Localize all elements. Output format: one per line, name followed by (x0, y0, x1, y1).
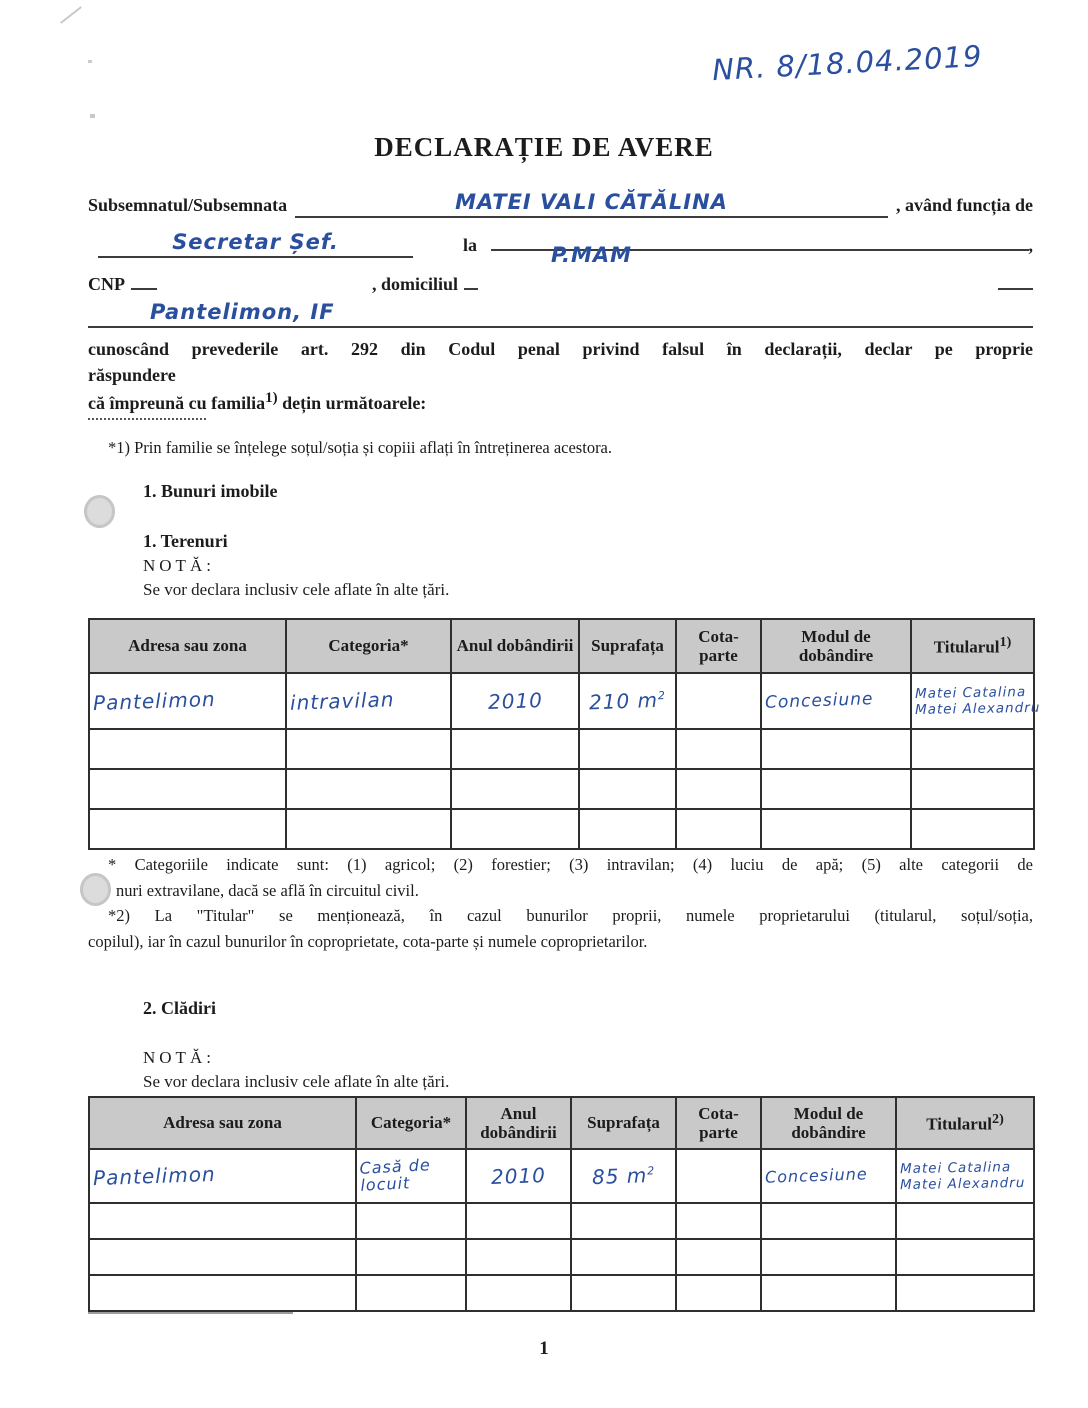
scan-artifact-mark (90, 114, 95, 118)
empty-cell (911, 729, 1034, 769)
empty-cell (896, 1203, 1034, 1239)
suprafata-value: 85 m2 (591, 1163, 655, 1189)
footnote-titular-line-1: *2) La "Titular" se menționează, în cazu… (88, 903, 1033, 929)
empty-table-row (89, 729, 1034, 769)
cell-suprafata: 210 m2 (579, 673, 676, 729)
col-header-modul: Modul de dobândire (761, 1097, 896, 1149)
empty-table-row (89, 809, 1034, 849)
adresa-value: Pantelimon (93, 1162, 216, 1190)
empty-cell (676, 1203, 761, 1239)
scan-artifact-mark (60, 6, 82, 24)
domiciliul-label: , domiciliul (372, 274, 458, 295)
institution-value: P.MAM (551, 243, 632, 267)
scan-artifact-mark (88, 60, 92, 63)
titular-header-label: Titularul (926, 1115, 992, 1134)
empty-cell (89, 729, 286, 769)
categoria-line-2: locuit (360, 1173, 411, 1195)
address-blank-field: Pantelimon, IF (88, 302, 1033, 328)
empty-cell (911, 769, 1034, 809)
empty-cell (466, 1203, 571, 1239)
name-value: MATEI VALI CĂTĂLINA (455, 190, 728, 214)
col-header-suprafata: Suprafața (579, 619, 676, 673)
empty-cell (571, 1275, 676, 1311)
terenuri-table: Adresa sau zona Categoria* Anul dobândir… (88, 618, 1035, 850)
col-header-titular: Titularul2) (896, 1097, 1034, 1149)
section-heading-bunuri-imobile: 1. Bunuri imobile (88, 481, 1033, 502)
titular-line-2: Matei Alexandru (900, 1175, 1030, 1193)
suprafata-value: 210 m2 (589, 688, 667, 715)
footnote-titular-line-2: copilul), iar în cazul bunurilor în copr… (88, 929, 1033, 955)
empty-cell (676, 769, 761, 809)
empty-cell (761, 1203, 896, 1239)
right-edge-blank (998, 274, 1033, 290)
empty-cell (676, 1239, 761, 1275)
cladiri-data-row: Pantelimon Casă delocuit 2010 85 m2 Conc… (89, 1149, 1034, 1203)
empty-cell (676, 809, 761, 849)
cnp-blank-field (131, 274, 157, 290)
trailing-comma: , (1029, 235, 1034, 256)
titular-line-2: Matei Alexandru (915, 700, 1030, 718)
cell-cota (676, 1149, 761, 1203)
anul-value: 2010 (487, 688, 543, 714)
col-header-adresa: Adresa sau zona (89, 1097, 356, 1149)
nota-text-terenuri: Se vor declara inclusiv cele aflate în a… (88, 580, 1033, 600)
footnote-categories-line-2: nuri extravilane, dacă se află în circui… (88, 878, 1033, 904)
section-heading-terenuri: 1. Terenuri (88, 531, 1033, 552)
col-header-categoria: Categoria* (286, 619, 451, 673)
empty-cell (286, 809, 451, 849)
declarant-name-line: Subsemnatul/Subsemnata MATEI VALI CĂTĂLI… (88, 192, 1033, 218)
cladiri-table: Adresa sau zona Categoria* Anul dobândir… (88, 1096, 1035, 1312)
empty-table-row (89, 1275, 1034, 1311)
empty-table-row (89, 769, 1034, 809)
registration-number-note: NR. 8/18.04.2019 (711, 39, 983, 87)
cell-titular: Matei Catalina Matei Alexandru (896, 1149, 1034, 1203)
suprafata-exponent: 2 (658, 689, 666, 702)
nota-label-cladiri: NOTĂ: (88, 1048, 1033, 1068)
terenuri-table-wrapper: Adresa sau zona Categoria* Anul dobândir… (88, 618, 1033, 850)
subsemnatul-label: Subsemnatul/Subsemnata (88, 195, 287, 216)
declaration-line-2: răspundere (88, 362, 1033, 388)
empty-cell (286, 729, 451, 769)
empty-cell (676, 729, 761, 769)
cell-anul: 2010 (451, 673, 579, 729)
titular-header-sup: 1) (1000, 634, 1012, 650)
family-declaration-line: că împreună cu familia1) dețin următoare… (88, 388, 1033, 416)
avand-functia-label: , având funcția de (896, 195, 1033, 216)
page-title: DECLARAȚIE DE AVERE (0, 132, 1088, 163)
cladiri-table-wrapper: Adresa sau zona Categoria* Anul dobândir… (88, 1096, 1033, 1312)
terenuri-data-row: Pantelimon intravilan 2010 210 m2 Conces… (89, 673, 1034, 729)
categoria-value: Casă delocuit (359, 1157, 432, 1194)
suprafata-exponent: 2 (647, 1164, 655, 1177)
col-header-adresa: Adresa sau zona (89, 619, 286, 673)
empty-cell (579, 769, 676, 809)
empty-cell (89, 769, 286, 809)
titular-line-1: Matei Catalina (915, 684, 1030, 702)
empty-cell (761, 809, 911, 849)
cell-categoria: Casă delocuit (356, 1149, 466, 1203)
stray-line-artifact (88, 1312, 293, 1314)
adresa-value: Pantelimon (93, 687, 216, 715)
empty-cell (579, 809, 676, 849)
nota-label-terenuri: NOTĂ: (88, 556, 1033, 576)
cell-categoria: intravilan (286, 673, 451, 729)
col-header-cota: Cota-parte (676, 619, 761, 673)
col-header-anul: Anul dobândirii (466, 1097, 571, 1149)
section-heading-cladiri: 2. Clădiri (88, 998, 1033, 1019)
empty-cell (89, 1239, 356, 1275)
empty-cell (356, 1203, 466, 1239)
family-footnote: *1) Prin familie se înțelege soțul/soția… (88, 436, 1033, 460)
col-header-titular: Titularul1) (911, 619, 1034, 673)
declaration-line-1: cunoscând prevederile art. 292 din Codul… (88, 336, 1033, 362)
categoria-value: intravilan (290, 687, 395, 715)
cell-adresa: Pantelimon (89, 673, 286, 729)
institution-blank-field: P.MAM (491, 249, 1028, 251)
domiciliul-blank-field (464, 274, 478, 290)
empty-cell (451, 729, 579, 769)
name-blank-field: MATEI VALI CĂTĂLINA (295, 192, 888, 218)
empty-cell (571, 1239, 676, 1275)
declaration-paragraph: cunoscând prevederile art. 292 din Codul… (88, 336, 1033, 388)
empty-cell (761, 769, 911, 809)
empty-cell (451, 769, 579, 809)
cell-adresa: Pantelimon (89, 1149, 356, 1203)
function-line: Secretar Șef. la P.MAM , (88, 232, 1033, 258)
titular-header-sup: 2) (992, 1111, 1004, 1127)
family-footnote-marker: 1) (265, 390, 278, 406)
empty-cell (89, 1275, 356, 1311)
page-number: 1 (0, 1338, 1088, 1360)
cnp-line: CNP , domiciliul (88, 274, 1033, 295)
address-value: Pantelimon, IF (88, 300, 335, 324)
empty-cell (571, 1203, 676, 1239)
cell-anul: 2010 (466, 1149, 571, 1203)
empty-cell (911, 809, 1034, 849)
family-declaration-prefix: că împreună cu familia (88, 393, 265, 413)
empty-cell (761, 729, 911, 769)
empty-cell (896, 1275, 1034, 1311)
col-header-categoria: Categoria* (356, 1097, 466, 1149)
terenuri-header-row: Adresa sau zona Categoria* Anul dobândir… (89, 619, 1034, 673)
cell-modul: Concesiune (761, 673, 911, 729)
empty-cell (89, 809, 286, 849)
empty-table-row (89, 1203, 1034, 1239)
scanned-declaration-page: NR. 8/18.04.2019 DECLARAȚIE DE AVERE Sub… (0, 0, 1088, 1408)
empty-cell (89, 1203, 356, 1239)
empty-cell (761, 1275, 896, 1311)
empty-cell (466, 1239, 571, 1275)
empty-cell (286, 769, 451, 809)
titular-header-label: Titularul (934, 638, 1000, 657)
anul-value: 2010 (491, 1163, 547, 1189)
empty-cell (579, 729, 676, 769)
empty-cell (451, 809, 579, 849)
family-declaration-suffix: dețin următoarele: (278, 393, 427, 413)
suprafata-base: 85 m (591, 1163, 647, 1189)
empty-cell (896, 1239, 1034, 1275)
modul-value: Concesiune (765, 689, 874, 713)
cell-modul: Concesiune (761, 1149, 896, 1203)
suprafata-base: 210 m (589, 688, 659, 714)
cell-cota (676, 673, 761, 729)
nota-text-cladiri: Se vor declara inclusiv cele aflate în a… (88, 1072, 1033, 1092)
dotted-separator (88, 418, 206, 420)
empty-cell (676, 1275, 761, 1311)
empty-cell (356, 1239, 466, 1275)
address-line: Pantelimon, IF (88, 302, 1033, 328)
cnp-label: CNP (88, 274, 125, 295)
function-value: Secretar Șef. (172, 230, 339, 254)
category-footnotes: * Categoriile indicate sunt: (1) agricol… (88, 852, 1033, 954)
col-header-modul: Modul de dobândire (761, 619, 911, 673)
empty-cell (356, 1275, 466, 1311)
empty-cell (761, 1239, 896, 1275)
empty-cell (466, 1275, 571, 1311)
footnote-categories-line-1: * Categoriile indicate sunt: (1) agricol… (88, 852, 1033, 878)
cell-suprafata: 85 m2 (571, 1149, 676, 1203)
empty-table-row (89, 1239, 1034, 1275)
cladiri-header-row: Adresa sau zona Categoria* Anul dobândir… (89, 1097, 1034, 1149)
col-header-anul: Anul dobândirii (451, 619, 579, 673)
col-header-suprafata: Suprafața (571, 1097, 676, 1149)
cell-titular: Matei Catalina Matei Alexandru (911, 673, 1034, 729)
col-header-cota: Cota-parte (676, 1097, 761, 1149)
function-blank-field: Secretar Șef. (98, 232, 413, 258)
modul-value: Concesiune (765, 1164, 868, 1187)
la-label: la (463, 235, 477, 256)
